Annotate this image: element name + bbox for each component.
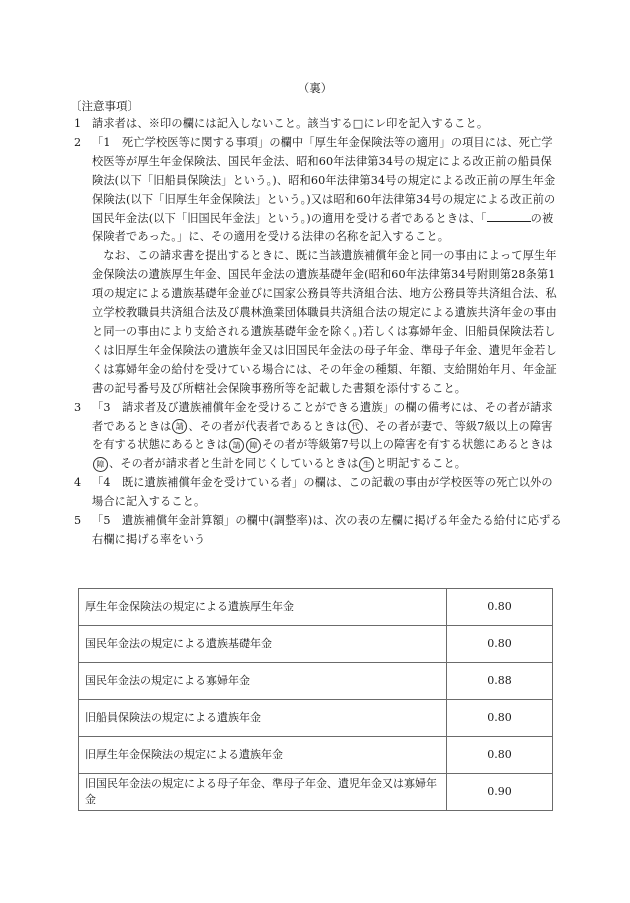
table-row: 厚生年金保険法の規定による遺族厚生年金 0.80 [79,589,553,626]
note-number: 1 [74,115,81,134]
note-text: なお、この請求書を提出するときに、既に当該遺族補償年金と同一の事由によって厚生年… [92,247,562,398]
circled-mark-claimant: 請 [172,419,187,434]
note-text-part: と明記すること。 [375,457,466,470]
note-text-part: 、その者が請求者と生計を同じくしているときは [109,457,358,470]
section-heading: 〔注意事項〕 [70,98,139,114]
pension-type-cell: 厚生年金保険法の規定による遺族厚生年金 [79,589,447,626]
note-number: 3 [74,399,81,418]
rate-cell: 0.80 [447,626,553,663]
note-item-3: 3 「3 請求者及び遺族補償年金を受けることができる遺族」の欄の備考には、その者… [70,399,562,475]
pension-type-cell: 旧国民年金法の規定による母子年金、準母子年金、遺児年金又は寡婦年金 [79,774,447,811]
note-text: 「3 請求者及び遺族補償年金を受けることができる遺族」の欄の備考には、その者が請… [92,399,562,475]
note-text: 「4 既に遺族補償年金を受けている者」の欄は、この記載の事由が学校医等の死亡以外… [92,474,562,512]
circled-mark-representative: 代 [348,419,363,434]
note-number: 4 [74,474,81,493]
pension-type-cell: 国民年金法の規定による寡婦年金 [79,663,447,700]
circled-mark-claimant: 請 [229,438,244,453]
note-item-4: 4 「4 既に遺族補償年金を受けている者」の欄は、この記載の事由が学校医等の死亡… [70,474,562,512]
rate-cell: 0.90 [447,774,553,811]
note-text-part: その者が等級第7号以上の障害を有する状態にあるときは [262,438,553,451]
note-number: 5 [74,512,81,531]
table-row: 国民年金法の規定による遺族基礎年金 0.80 [79,626,553,663]
rate-cell: 0.80 [447,589,553,626]
note-number: 2 [74,134,81,153]
circled-mark-livelihood: 生 [359,457,374,472]
adjustment-rate-table: 厚生年金保険法の規定による遺族厚生年金 0.80 国民年金法の規定による遺族基礎… [78,588,553,811]
note-item-5: 5 「5 遺族補償年金計算額」の欄中(調整率)は、次の表の左欄に掲げる年金たる給… [70,512,562,550]
rate-cell: 0.80 [447,700,553,737]
circled-mark-disability: 障 [93,457,108,472]
document-page: （裏） 〔注意事項〕 1 請求者は、※印の欄には記入しないこと。該当する□にレ印… [0,0,630,903]
fill-in-blank [487,210,531,222]
note-text: 請求者は、※印の欄には記入しないこと。該当する□にレ印を記入すること。 [92,115,562,134]
note-text-part: 、その者が代表者であるときは [188,420,347,433]
note-item-2: 2 「1 死亡学校医等に関する事項」の欄中「厚生年金保険法等の適用」の項目には、… [70,134,562,399]
circled-mark-disability: 障 [246,438,261,453]
pension-type-cell: 国民年金法の規定による遺族基礎年金 [79,626,447,663]
table-row: 国民年金法の規定による寡婦年金 0.88 [79,663,553,700]
note-text: 「1 死亡学校医等に関する事項」の欄中「厚生年金保険法等の適用」の項目には、死亡… [92,134,562,247]
notes-list: 1 請求者は、※印の欄には記入しないこと。該当する□にレ印を記入すること。 2 … [70,115,562,550]
table-row: 旧国民年金法の規定による母子年金、準母子年金、遺児年金又は寡婦年金 0.90 [79,774,553,811]
note-text: 「5 遺族補償年金計算額」の欄中(調整率)は、次の表の左欄に掲げる年金たる給付に… [92,512,562,550]
pension-type-cell: 旧厚生年金保険法の規定による遺族年金 [79,737,447,774]
rate-cell: 0.80 [447,737,553,774]
table-row: 旧船員保険法の規定による遺族年金 0.80 [79,700,553,737]
pension-type-cell: 旧船員保険法の規定による遺族年金 [79,700,447,737]
note-item-1: 1 請求者は、※印の欄には記入しないこと。該当する□にレ印を記入すること。 [70,115,562,134]
rate-cell: 0.88 [447,663,553,700]
side-label: （裏） [0,80,630,96]
table-row: 旧厚生年金保険法の規定による遺族年金 0.80 [79,737,553,774]
